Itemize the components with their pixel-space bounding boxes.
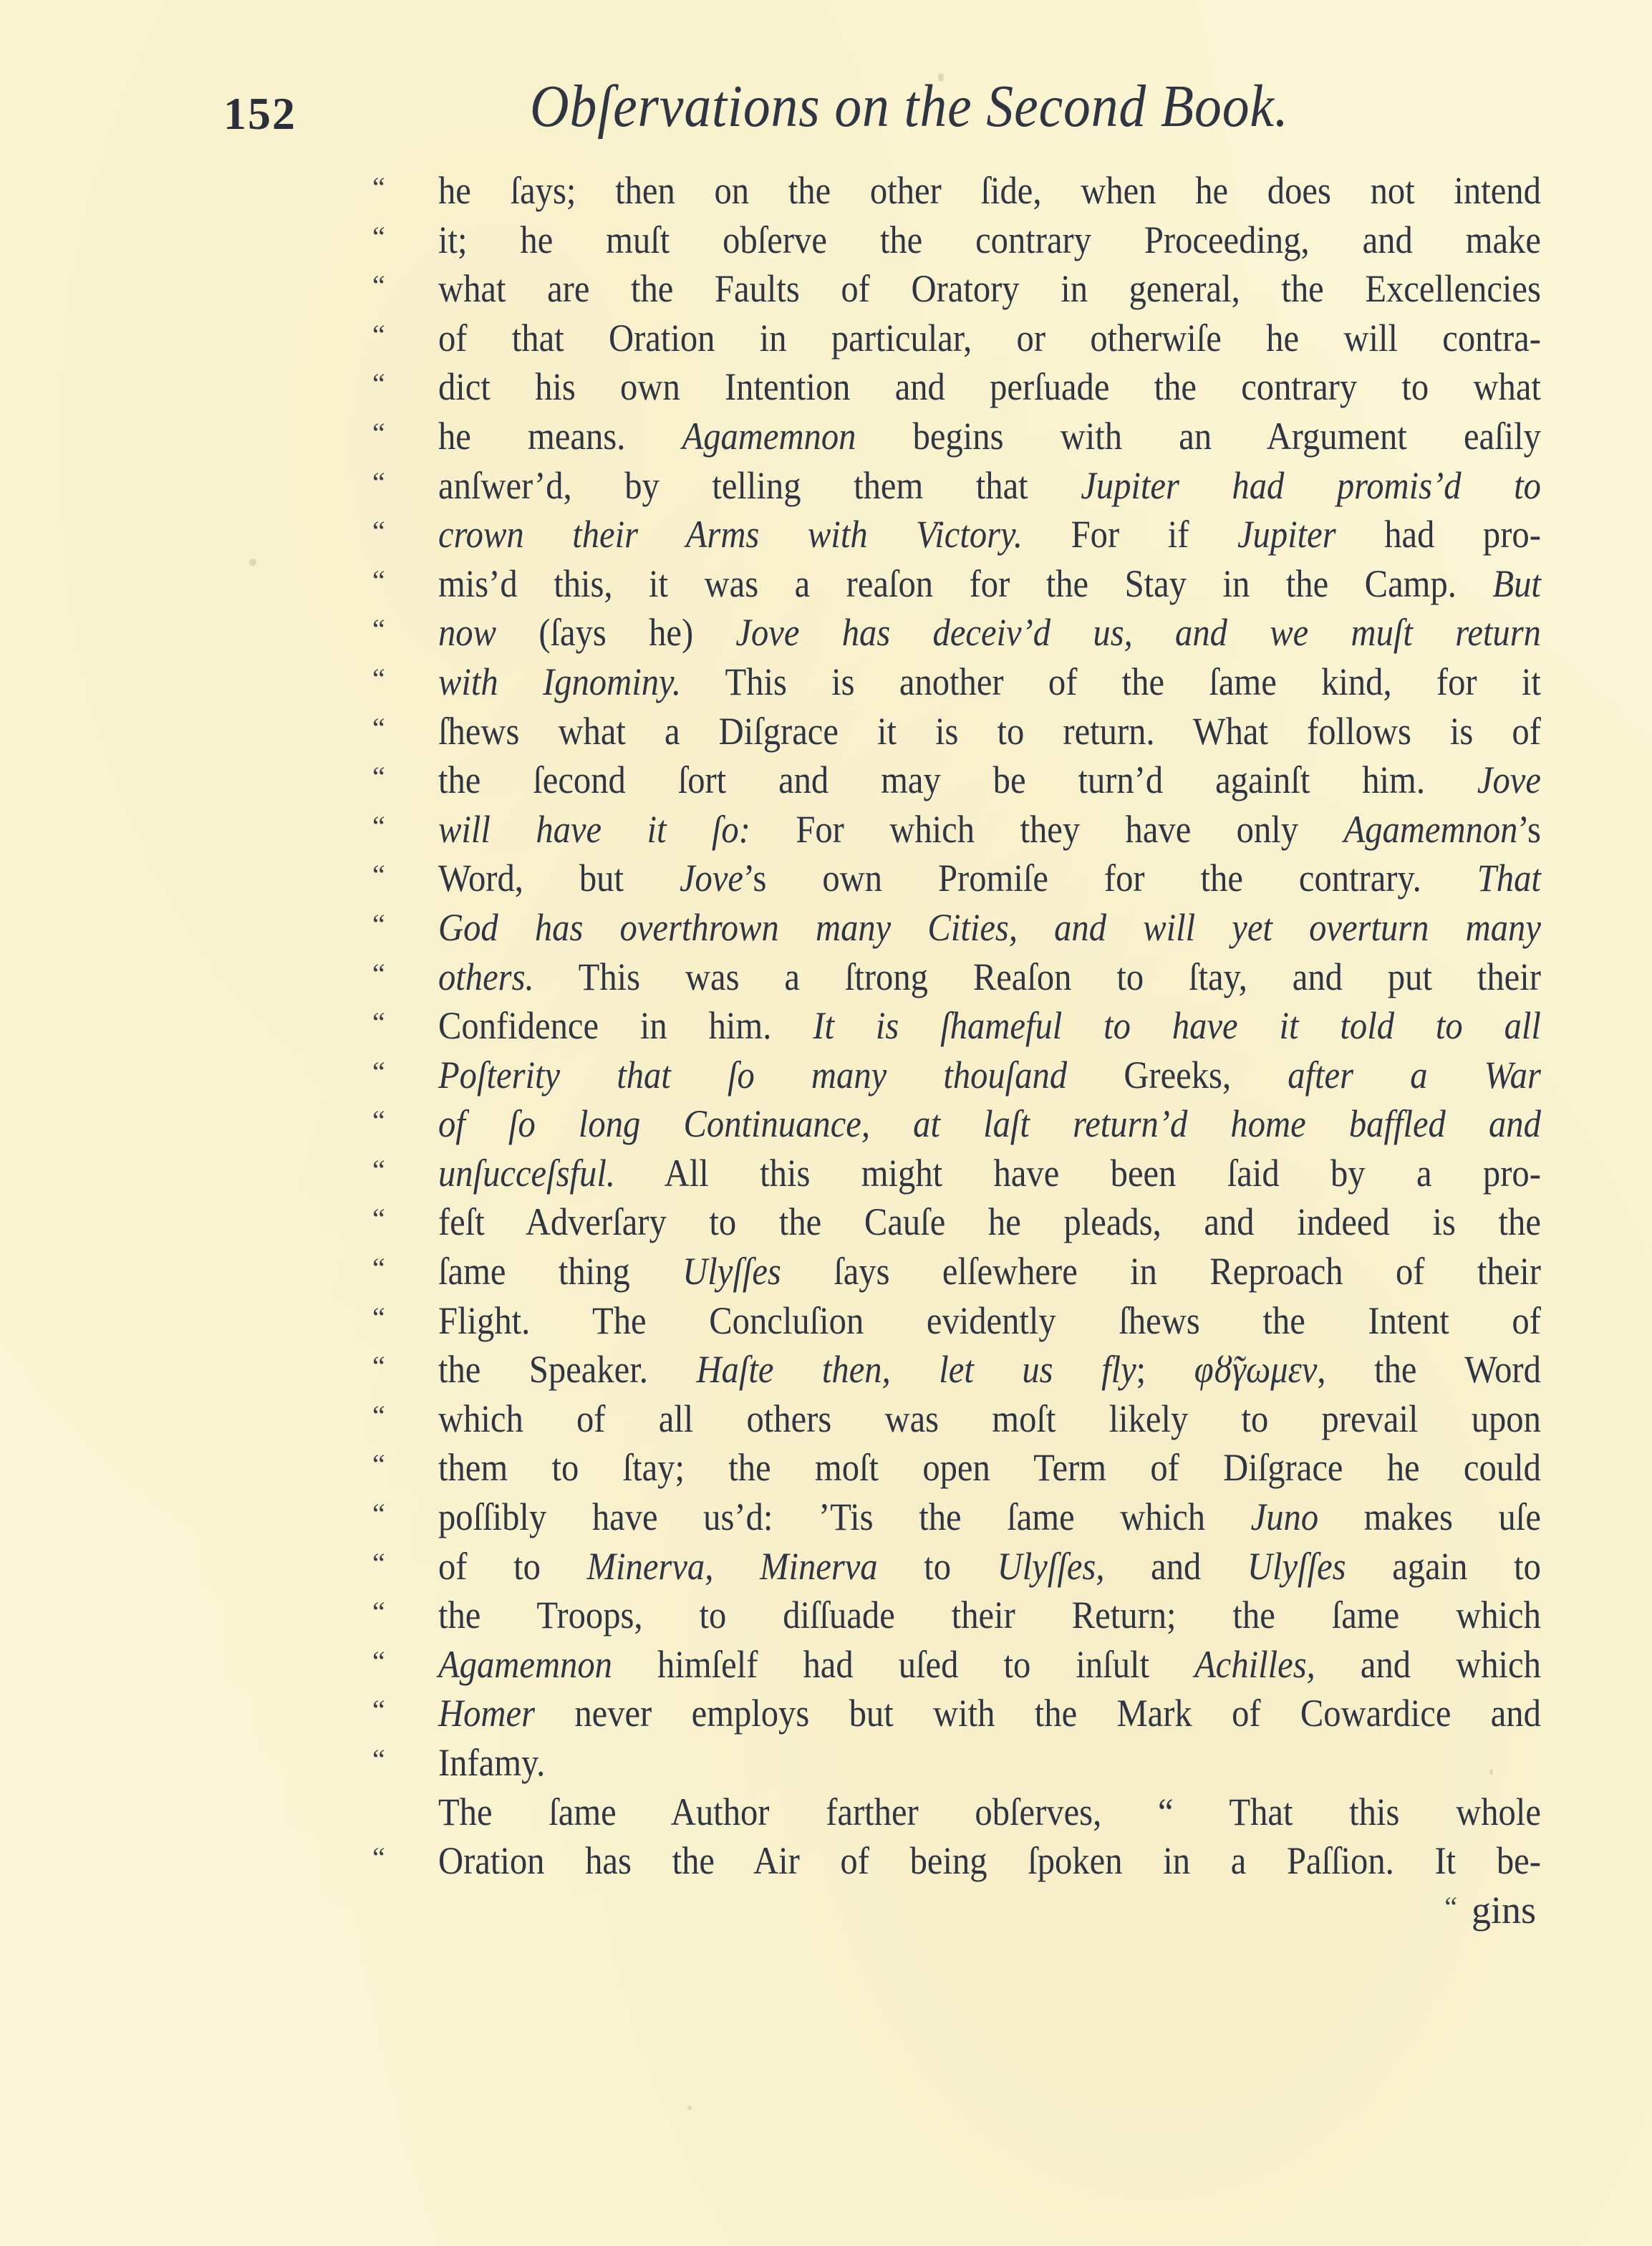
line-text: God has overthrown many Cities, and will… [438, 903, 1541, 953]
text-line: “Flight. The Concluſion evidently ſhews … [372, 1296, 1536, 1346]
quote-mark: “ [372, 1244, 385, 1293]
line-text: of ſo long Continuance, at laſt return’d… [438, 1099, 1541, 1149]
line-text: it; he muſt obſerve the contrary Proceed… [438, 216, 1541, 265]
quote-mark: “ [372, 1637, 385, 1687]
line-text: others. This was a ſtrong Reaſon to ſtay… [438, 953, 1541, 1002]
quote-mark: “ [372, 1686, 385, 1735]
text-line: “of that Oration in particular, or other… [372, 314, 1536, 363]
line-text: poſſibly have us’d: ’Tis the ſame which … [438, 1493, 1541, 1542]
text-line: “dict his own Intention and perſuade the… [372, 362, 1536, 412]
quote-mark: “ [372, 458, 385, 508]
quote-mark: “ [372, 1392, 385, 1441]
line-text: with Ignominy. This is another of the ſa… [438, 657, 1541, 707]
text-line: “now (ſays he) Jove has deceiv’d us, and… [372, 608, 1536, 657]
paper-speck [938, 73, 944, 82]
quote-mark: “ [372, 1588, 385, 1637]
line-text: crown their Arms with Victory. For if Ju… [438, 510, 1541, 559]
text-line: “ſhews what a Diſgrace it is to return. … [372, 707, 1536, 756]
quote-mark: “ [372, 1833, 385, 1883]
quote-mark: “ [372, 753, 385, 802]
quote-mark: “ [372, 1146, 385, 1195]
line-text: mis’d this, it was a reaſon for the Stay… [438, 559, 1541, 609]
quote-mark: “ [372, 1293, 385, 1343]
text-line: “which of all others was moſt likely to … [372, 1394, 1536, 1444]
line-text: Flight. The Concluſion evidently ſhews t… [438, 1296, 1541, 1346]
catchword-text: gins [1472, 1886, 1536, 1935]
quote-mark: “ [372, 163, 385, 213]
paper-speck [1489, 1769, 1493, 1775]
line-text: what are the Faults of Oratory in genera… [438, 264, 1541, 314]
quote-mark: “ [372, 1048, 385, 1097]
text-line: “Agamemnon himſelf had uſed to inſult Ac… [372, 1640, 1536, 1690]
text-line: “unſucceſsful. All this might have been … [372, 1149, 1536, 1198]
paper-speck [687, 2106, 692, 2110]
quote-mark: “ [372, 213, 385, 262]
page-number: 152 [223, 87, 296, 140]
text-line: “with Ignominy. This is another of the ſ… [372, 657, 1536, 707]
quote-mark: “ [372, 1195, 385, 1244]
line-text: of to Minerva, Minerva to Ulyſſes, and U… [438, 1542, 1541, 1591]
line-text: ſame thing Ulyſſes ſays elſewhere in Rep… [438, 1247, 1541, 1296]
line-text: Oration has the Air of being ſpoken in a… [438, 1836, 1541, 1886]
text-line: “them to ſtay; the moſt open Term of Diſ… [372, 1443, 1536, 1493]
text-line: “he means. Agamemnon begins with an Argu… [372, 412, 1536, 461]
line-text: unſucceſsful. All this might have been ſ… [438, 1149, 1541, 1198]
text-line: “Oration has the Air of being ſpoken in … [372, 1836, 1536, 1886]
line-text: Agamemnon himſelf had uſed to inſult Ach… [438, 1640, 1541, 1690]
line-text: he ſays; then on the other ſide, when he… [438, 166, 1541, 216]
body-text: “he ſays; then on the other ſide, when h… [372, 166, 1536, 1934]
line-text: the Speaker. Haſte then, let us fly; φȣ̃… [438, 1345, 1541, 1394]
line-text: Confidence in him. It is ſhameful to hav… [438, 1001, 1541, 1051]
quote-mark: “ [372, 261, 385, 311]
text-line: “it; he muſt obſerve the contrary Procee… [372, 216, 1536, 265]
quote-mark: “ [372, 704, 385, 753]
quote-mark: “ [372, 556, 385, 606]
quote-mark: “ [372, 998, 385, 1048]
text-line: “crown their Arms with Victory. For if J… [372, 510, 1536, 559]
text-line: “will have it ſo: For which they have on… [372, 805, 1536, 854]
line-text: which of all others was moſt likely to p… [438, 1394, 1541, 1444]
text-line: “ſame thing Ulyſſes ſays elſewhere in Re… [372, 1247, 1536, 1296]
quote-mark: “ [372, 1539, 385, 1589]
text-line: “of to Minerva, Minerva to Ulyſſes, and … [372, 1542, 1536, 1591]
quote-mark: “ [372, 409, 385, 458]
text-line: “feſt Adverſary to the Cauſe he pleads, … [372, 1197, 1536, 1247]
text-line: “the Troops, to diſſuade their Return; t… [372, 1591, 1536, 1640]
book-page: 152 Obſervations on the Second Book. “he… [0, 0, 1652, 2246]
text-line: “Homer never employs but with the Mark o… [372, 1689, 1536, 1738]
line-text: dict his own Intention and perſuade the … [438, 362, 1541, 412]
line-text: of that Oration in particular, or otherw… [438, 314, 1541, 363]
line-text: ſhews what a Diſgrace it is to return. W… [438, 707, 1541, 756]
quote-mark: “ [372, 311, 385, 360]
text-line: The ſame Author farther obſerves, “ That… [372, 1788, 1536, 1837]
catchword: “gins [372, 1886, 1536, 1935]
line-text: the ſecond ſort and may be turn’d againſ… [438, 756, 1541, 805]
text-line: “of ſo long Continuance, at laſt return’… [372, 1099, 1536, 1149]
running-head: 152 Obſervations on the Second Book. [215, 72, 1575, 158]
text-line: “anſwer’d, by telling them that Jupiter … [372, 461, 1536, 511]
text-line: “Confidence in him. It is ſhameful to ha… [372, 1001, 1536, 1051]
line-text: them to ſtay; the moſt open Term of Diſg… [438, 1443, 1541, 1493]
text-line: “Infamy. [372, 1738, 1536, 1788]
text-line: “the Speaker. Haſte then, let us fly; φȣ… [372, 1345, 1536, 1394]
text-line: “Word, but Jove’s own Promiſe for the co… [372, 854, 1536, 903]
quote-mark: “ [372, 507, 385, 556]
quote-mark: “ [1444, 1883, 1457, 1932]
quote-mark: “ [372, 360, 385, 409]
text-line: “God has overthrown many Cities, and wil… [372, 903, 1536, 953]
quote-mark: “ [372, 1735, 385, 1785]
quote-mark: “ [372, 1097, 385, 1146]
text-line: “mis’d this, it was a reaſon for the Sta… [372, 559, 1536, 609]
quote-mark: “ [372, 950, 385, 999]
line-text: Homer never employs but with the Mark of… [438, 1689, 1541, 1738]
line-text: Infamy. [438, 1738, 1541, 1788]
paper-speck [249, 559, 256, 566]
text-line: “poſſibly have us’d: ’Tis the ſame which… [372, 1493, 1536, 1542]
quote-mark: “ [372, 851, 385, 900]
line-text: Poſterity that ſo many thouſand Greeks, … [438, 1051, 1541, 1100]
quote-mark: “ [372, 1440, 385, 1490]
quote-mark: “ [372, 1342, 385, 1392]
quote-mark: “ [372, 1490, 385, 1539]
quote-mark: “ [372, 605, 385, 655]
quote-mark: “ [372, 655, 385, 704]
text-line: “Poſterity that ſo many thouſand Greeks,… [372, 1051, 1536, 1100]
line-text: anſwer’d, by telling them that Jupiter h… [438, 461, 1541, 511]
text-line: “what are the Faults of Oratory in gener… [372, 264, 1536, 314]
line-text: will have it ſo: For which they have onl… [438, 805, 1541, 854]
text-line: “others. This was a ſtrong Reaſon to ſta… [372, 953, 1536, 1002]
quote-mark: “ [372, 802, 385, 852]
line-text: The ſame Author farther obſerves, “ That… [438, 1788, 1541, 1837]
line-text: the Troops, to diſſuade their Return; th… [438, 1591, 1541, 1640]
line-text: feſt Adverſary to the Cauſe he pleads, a… [438, 1197, 1541, 1247]
text-line: “the ſecond ſort and may be turn’d again… [372, 756, 1536, 805]
line-text: he means. Agamemnon begins with an Argum… [438, 412, 1541, 461]
line-text: Word, but Jove’s own Promiſe for the con… [438, 854, 1541, 903]
quote-mark: “ [372, 900, 385, 950]
running-title: Obſervations on the Second Book. [530, 72, 1289, 141]
text-line: “he ſays; then on the other ſide, when h… [372, 166, 1536, 216]
line-text: now (ſays he) Jove has deceiv’d us, and … [438, 608, 1541, 657]
